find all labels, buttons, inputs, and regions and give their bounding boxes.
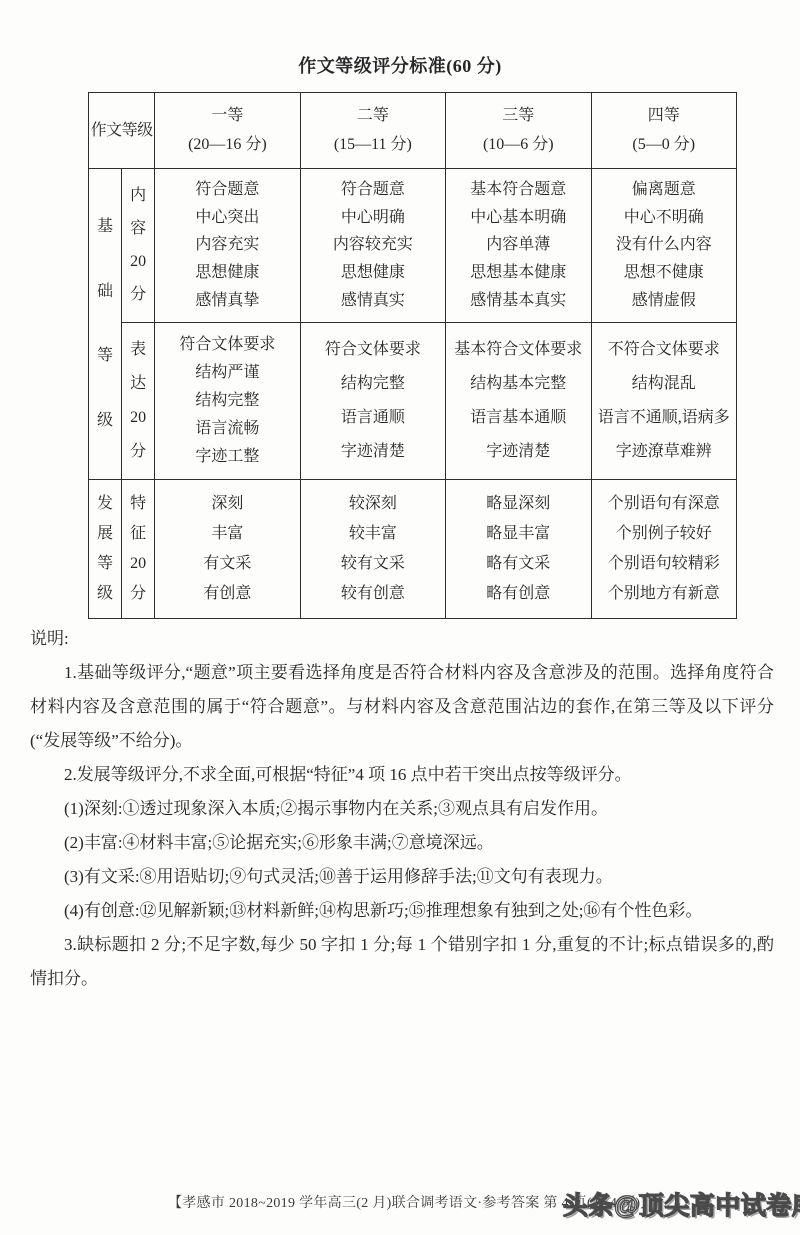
row-label-char: 20 (130, 254, 146, 270)
criterion: 偏离题意 (632, 182, 696, 198)
row-label-expression-20: 表 达 20 分 (122, 323, 155, 480)
group-label-char: 展 (97, 526, 113, 542)
criterion: 感情真实 (341, 293, 405, 309)
grade-header-1: 一等 (20—16 分) (155, 93, 300, 169)
criterion: 略显丰富 (486, 526, 550, 542)
row-label-char: 特 (130, 496, 146, 512)
criterion: 字迹潦草难辨 (616, 444, 712, 460)
criterion: 个别语句较精彩 (608, 556, 720, 572)
grade-range: (20—16 分) (188, 137, 267, 153)
cell-content-grade1: 符合题意 中心突出 内容充实 思想健康 感情真挚 (155, 169, 300, 323)
criterion: 丰富 (211, 526, 243, 542)
group-label-char: 等 (97, 348, 113, 364)
criterion: 个别语句有深意 (608, 496, 720, 512)
criterion: 有创意 (203, 586, 251, 602)
group-label-char: 础 (97, 284, 113, 300)
criterion: 符合题意 (341, 182, 405, 198)
criterion: 基本符合文体要求 (454, 342, 582, 358)
cell-feature-grade1: 深刻 丰富 有文采 有创意 (155, 480, 300, 619)
criterion: 结构混乱 (632, 376, 696, 392)
rubric-row-content: 基 础 等 级 内 容 20 分 符合题意 中心突出 内容充实 (89, 169, 737, 323)
page-title: 作文等级评分标准(60 分) (0, 52, 800, 78)
group-label-char: 等 (97, 556, 113, 572)
note-paragraph-5: (3)有文采:⑧用语贴切;⑨句式灵活;⑩善于运用修辞手法;⑪文句有表现力。 (30, 860, 774, 894)
criterion: 较深刻 (349, 496, 397, 512)
grade-header-2: 二等 (15—11 分) (300, 93, 445, 169)
row-label-char: 达 (130, 376, 146, 392)
row-label-char: 内 (130, 188, 146, 204)
criterion: 结构基本完整 (470, 376, 566, 392)
cell-feature-grade3: 略显深刻 略显丰富 略有文采 略有创意 (446, 480, 591, 619)
row-label-char: 分 (130, 444, 146, 460)
corner-label: 作文等级 (91, 122, 153, 139)
criterion: 结构完整 (195, 393, 259, 409)
group-label-basic-level: 基 础 等 级 (89, 169, 122, 480)
row-label-char: 分 (130, 586, 146, 602)
criterion: 思想健康 (341, 265, 405, 281)
grade-name: 四等 (648, 108, 680, 124)
cell-expression-grade2: 符合文体要求 结构完整 语言通顺 字迹清楚 (300, 323, 445, 480)
criterion: 中心明确 (341, 210, 405, 226)
criterion: 思想不健康 (624, 265, 704, 281)
notes-section: 说明: 1.基础等级评分,“题意”项主要看选择角度是否符合材料内容及含意涉及的范… (30, 622, 774, 996)
group-label-char: 基 (97, 219, 113, 235)
cell-content-grade4: 偏离题意 中心不明确 没有什么内容 思想不健康 感情虚假 (591, 169, 736, 323)
criterion: 思想健康 (195, 265, 259, 281)
criterion: 内容较充实 (333, 237, 413, 253)
criterion: 中心突出 (195, 210, 259, 226)
grade-header-3: 三等 (10—6 分) (446, 93, 591, 169)
criterion: 字迹清楚 (486, 444, 550, 460)
criterion: 字迹工整 (195, 449, 259, 465)
cell-content-grade2: 符合题意 中心明确 内容较充实 思想健康 感情真实 (300, 169, 445, 323)
criterion: 思想基本健康 (470, 265, 566, 281)
essay-grading-rubric-table: 作文等级 一等 (20—16 分) 二等 (15—11 分) 三等 (10—6 … (88, 92, 737, 619)
criterion: 感情基本真实 (470, 293, 566, 309)
scanned-answer-page: 作文等级评分标准(60 分) 作文等级 一等 (20—16 分) 二等 (15—… (0, 0, 800, 1235)
grade-name: 二等 (357, 108, 389, 124)
cell-expression-grade4: 不符合文体要求 结构混乱 语言不通顺,语病多 字迹潦草难辨 (591, 323, 736, 480)
criterion: 符合文体要求 (179, 337, 275, 353)
criterion: 内容充实 (195, 237, 259, 253)
criterion: 语言流畅 (195, 421, 259, 437)
grade-name: 一等 (211, 108, 243, 124)
criterion: 深刻 (211, 496, 243, 512)
group-label-development-level: 发 展 等 级 (89, 480, 122, 619)
criterion: 不符合文体要求 (608, 342, 720, 358)
row-label-char: 分 (130, 287, 146, 303)
notes-label: 说明: (30, 622, 774, 656)
criterion: 略有文采 (486, 556, 550, 572)
grade-range: (10—6 分) (483, 137, 554, 153)
cell-expression-grade3: 基本符合文体要求 结构基本完整 语言基本通顺 字迹清楚 (446, 323, 591, 480)
criterion: 略显深刻 (486, 496, 550, 512)
note-paragraph-1: 1.基础等级评分,“题意”项主要看选择角度是否符合材料内容及含意涉及的范围。选择… (30, 656, 774, 758)
criterion: 符合文体要求 (325, 342, 421, 358)
grade-header-4: 四等 (5—0 分) (591, 93, 736, 169)
watermark: 头条@顶尖高中试卷库 (563, 1186, 800, 1222)
criterion: 较有文采 (341, 556, 405, 572)
note-paragraph-6: (4)有创意:⑫见解新颖;⑬材料新鲜;⑭构思新巧;⑮推理想象有独到之处;⑯有个性… (30, 894, 774, 928)
rubric-row-feature: 发 展 等 级 特 征 20 分 深刻 丰富 有文采 (89, 480, 737, 619)
grade-range: (5—0 分) (632, 137, 695, 153)
row-label-char: 20 (130, 556, 146, 572)
corner-header-cell: 作文等级 (89, 93, 155, 169)
note-paragraph-4: (2)丰富:④材料丰富;⑤论据充实;⑥形象丰满;⑦意境深远。 (30, 826, 774, 860)
criterion: 略有创意 (486, 586, 550, 602)
criterion: 较有创意 (341, 586, 405, 602)
note-paragraph-2: 2.发展等级评分,不求全面,可根据“特征”4 项 16 点中若干突出点按等级评分… (30, 758, 774, 792)
criterion: 字迹清楚 (341, 444, 405, 460)
row-label-char: 征 (130, 526, 146, 542)
row-label-char: 表 (130, 342, 146, 358)
criterion: 基本符合题意 (470, 182, 566, 198)
cell-expression-grade1: 符合文体要求 结构严谨 结构完整 语言流畅 字迹工整 (155, 323, 300, 480)
criterion: 语言基本通顺 (470, 410, 566, 426)
cell-feature-grade4: 个别语句有深意 个别例子较好 个别语句较精彩 个别地方有新意 (591, 480, 736, 619)
criterion: 语言不通顺,语病多 (598, 410, 730, 426)
criterion: 符合题意 (195, 182, 259, 198)
criterion: 感情真挚 (195, 293, 259, 309)
note-paragraph-7: 3.缺标题扣 2 分;不足字数,每少 50 字扣 1 分;每 1 个错别字扣 1… (30, 928, 774, 996)
group-label-char: 级 (97, 586, 113, 602)
criterion: 中心不明确 (624, 210, 704, 226)
criterion: 感情虚假 (632, 293, 696, 309)
criterion: 语言通顺 (341, 410, 405, 426)
cell-feature-grade2: 较深刻 较丰富 较有文采 较有创意 (300, 480, 445, 619)
criterion: 中心基本明确 (470, 210, 566, 226)
group-label-char: 级 (97, 413, 113, 429)
cell-content-grade3: 基本符合题意 中心基本明确 内容单薄 思想基本健康 感情基本真实 (446, 169, 591, 323)
criterion: 有文采 (203, 556, 251, 572)
rubric-header-row: 作文等级 一等 (20—16 分) 二等 (15—11 分) 三等 (10—6 … (89, 93, 737, 169)
row-label-char: 20 (130, 410, 146, 426)
criterion: 较丰富 (349, 526, 397, 542)
criterion: 没有什么内容 (616, 237, 712, 253)
rubric-row-expression: 表 达 20 分 符合文体要求 结构严谨 结构完整 语言流畅 字迹工整 符合文体… (89, 323, 737, 480)
note-paragraph-3: (1)深刻:①透过现象深入本质;②揭示事物内在关系;③观点具有启发作用。 (30, 792, 774, 826)
criterion: 个别地方有新意 (608, 586, 720, 602)
row-label-feature-20: 特 征 20 分 (122, 480, 155, 619)
grade-range: (15—11 分) (334, 137, 412, 153)
group-label-char: 发 (97, 496, 113, 512)
criterion: 结构完整 (341, 376, 405, 392)
criterion: 结构严谨 (195, 365, 259, 381)
criterion: 内容单薄 (486, 237, 550, 253)
row-label-char: 容 (130, 221, 146, 237)
row-label-content-20: 内 容 20 分 (122, 169, 155, 323)
grade-name: 三等 (502, 108, 534, 124)
criterion: 个别例子较好 (616, 526, 712, 542)
